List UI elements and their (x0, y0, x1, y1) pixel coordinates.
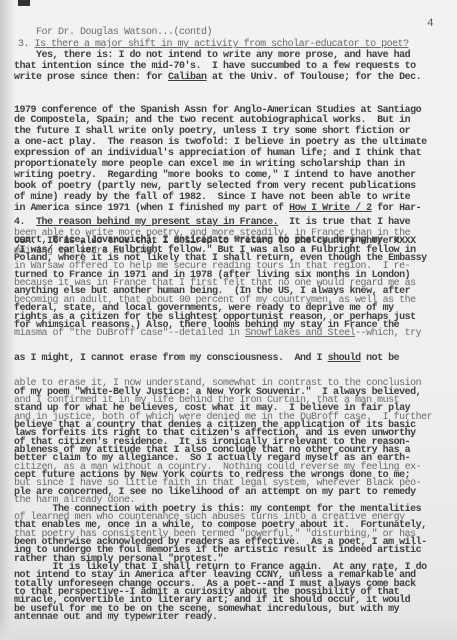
section-3-heading-line: 3. Is there a major shift in my activity… (18, 40, 409, 50)
s3-line-3: write prose since then: for Caliban at t… (14, 73, 421, 83)
s3-line-13-end: for Har- (372, 203, 422, 214)
s3-line-9: proportionately more people can excel me… (14, 160, 405, 170)
page-number: 4 (427, 18, 434, 30)
s4-line-14-start: as I might, I cannot erase from my consc… (14, 353, 328, 364)
paper-clip-mark (18, 0, 30, 6)
snowflakes-title: Snowflakes and Steel (245, 328, 355, 339)
s3-line-2: that intention since the mid-70's. I hav… (14, 62, 416, 72)
s4-line-14-end: not be (361, 353, 400, 364)
s3-line-7: a one-act play. The reason is twofold: I… (14, 138, 427, 148)
s4-line-13-start: miasma of "the DuBroff case"--detailed i… (14, 328, 245, 339)
section-4-heading: The reason behind my present stay in Fra… (36, 217, 278, 228)
header-title: For Dr. Douglas Watson...(contd) (36, 27, 212, 38)
how-i-write-title: How I Write / 2 (289, 203, 372, 214)
should-word: should (328, 353, 361, 364)
s3-line-10: writing poetry. Regarding "more books to… (14, 171, 416, 181)
section-3-number: 3. (18, 39, 29, 50)
s3-line-6: the future I shall write only poetry, un… (14, 127, 410, 137)
section-3-heading: Is there a major shift in my activity fr… (35, 39, 409, 50)
s4-line-14: as I might, I cannot erase from my consc… (14, 354, 399, 364)
s3-line-13-start: in America since 1971 (when I finished m… (14, 203, 289, 214)
s3-line-3-end: at the Univ. of Toulouse; for the Dec. (207, 72, 422, 83)
section-4-number: 4. (14, 217, 25, 228)
s3-line-8: expression of an individual's appreciati… (14, 149, 421, 159)
section-4-heading-line: 4. The reason behind my present stay in … (14, 218, 410, 228)
section-4-heading-rest: It is true that I have (278, 217, 410, 228)
s3-line-4: 1979 conference of the Spanish Assn for … (14, 106, 421, 116)
s3-line-11: book of poetry (partly new, partly selec… (14, 182, 416, 192)
s3-line-13: in America since 1971 (when I finished m… (14, 204, 421, 214)
s4-line-13: miasma of "the DuBroff case"--detailed i… (14, 329, 421, 339)
s3-line-12: of mine) ready by the fall of 1982. Sinc… (14, 193, 410, 203)
page-bottom-shadow (0, 615, 457, 640)
caliban-title: Caliban (168, 72, 207, 83)
s3-line-5: de Compostela, Spain; and the two recent… (14, 116, 410, 126)
s3-line-1: Yes, there is: I do not intend to write … (14, 51, 410, 61)
s4-line-13-end: --which, try (355, 328, 421, 339)
s3-line-3-start: write prose since then: for (14, 72, 168, 83)
